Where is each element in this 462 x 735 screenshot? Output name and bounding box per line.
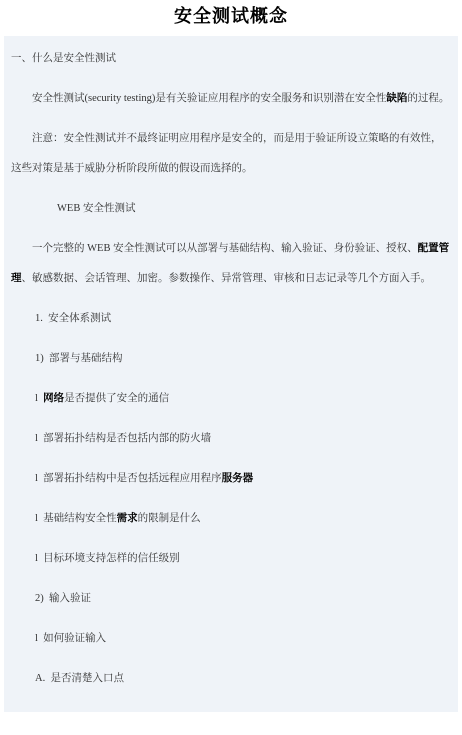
list-item-bullet: l 目标环境支持怎样的信任级别 [11, 544, 451, 574]
list-item-lettered: A. 是否清楚入口点 [11, 664, 451, 694]
list-item-numbered: 2) 输入验证 [11, 584, 451, 614]
text-run: A. 是否清楚入口点 [35, 673, 124, 684]
bold-text: 服务器 [222, 473, 254, 484]
bold-text: 缺陷 [386, 93, 407, 104]
text-run: 1. 安全体系测试 [35, 313, 111, 324]
list-item-numbered: 1. 安全体系测试 [11, 304, 451, 334]
paragraph: WEB 安全性测试 [11, 194, 451, 224]
paragraph: 一、什么是安全性测试 [11, 44, 451, 74]
text-run: 、敏感数据、会话管理、加密。参数操作、异常管理、审核和日志记录等几个方面入手。 [22, 273, 432, 284]
list-item-numbered: 1) 部署与基础结构 [11, 344, 451, 374]
text-run: 1) 部署与基础结构 [35, 353, 123, 364]
list-item-bullet: l 网络是否提供了安全的通信 [11, 384, 451, 414]
text-run: 一个完整的 WEB 安全性测试可以从部署与基础结构、输入验证、身份验证、授权、 [32, 243, 418, 254]
text-run: 一、什么是安全性测试 [11, 53, 116, 64]
text-run: 安全性测试(security testing)是有关验证应用程序的安全服务和识别… [32, 93, 386, 104]
page-title: 安全测试概念 [0, 5, 462, 27]
list-item-bullet: l 部署拓扑结构中是否包括远程应用程序服务器 [11, 464, 451, 494]
text-run: l 目标环境支持怎样的信任级别 [35, 553, 180, 564]
document-body: 一、什么是安全性测试安全性测试(security testing)是有关验证应用… [4, 36, 458, 712]
page: { "page": { "title": "安全测试概念" }, "colors… [0, 0, 462, 735]
text-run: 的限制是什么 [138, 513, 201, 524]
text-run: WEB 安全性测试 [57, 203, 135, 214]
bold-text: 需求 [117, 513, 138, 524]
list-item-bullet: l 如何验证输入 [11, 624, 451, 654]
text-run: l 基础结构安全性 [35, 513, 117, 524]
bold-text: 网络 [43, 393, 64, 404]
text-run: 是否提供了安全的通信 [64, 393, 169, 404]
paragraph: 一个完整的 WEB 安全性测试可以从部署与基础结构、输入验证、身份验证、授权、配… [11, 234, 451, 294]
paragraph: 安全性测试(security testing)是有关验证应用程序的安全服务和识别… [11, 84, 451, 114]
list-item-bullet: l 部署拓扑结构是否包括内部的防火墙 [11, 424, 451, 454]
text-run: l 如何验证输入 [35, 633, 106, 644]
list-item-bullet: l 基础结构安全性需求的限制是什么 [11, 504, 451, 534]
text-run: l [35, 393, 43, 404]
text-run: l 部署拓扑结构是否包括内部的防火墙 [35, 433, 211, 444]
paragraph: 注意：安全性测试并不最终证明应用程序是安全的，而是用于验证所设立策略的有效性，这… [11, 124, 451, 184]
text-run: 的过程。 [407, 93, 449, 104]
text-run: 2) 输入验证 [35, 593, 91, 604]
text-run: 注意：安全性测试并不最终证明应用程序是安全的，而是用于验证所设立策略的有效性，这… [11, 133, 442, 174]
text-run: l 部署拓扑结构中是否包括远程应用程序 [35, 473, 222, 484]
